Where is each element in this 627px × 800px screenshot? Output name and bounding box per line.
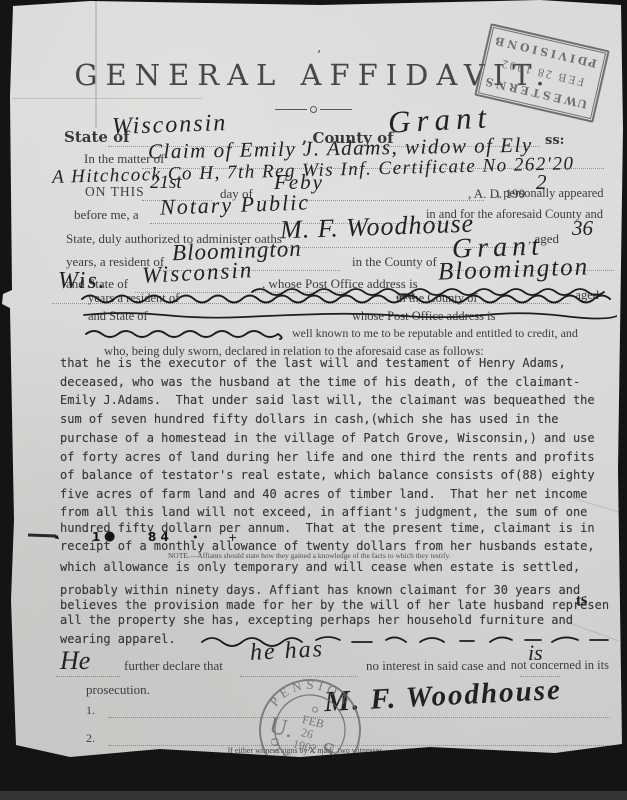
- prosecution-label: prosecution.: [86, 682, 150, 698]
- stamp-u-text: U.: [267, 713, 296, 744]
- po-value-handwritten: Bloomington: [438, 253, 590, 286]
- aged-value-handwritten: 36: [572, 216, 593, 241]
- ink-crease-mark: [28, 534, 56, 538]
- he-handwritten: He: [60, 646, 90, 676]
- well-known-label: well known to me to be reputable and ent…: [292, 326, 578, 341]
- ink-mark: ●: [104, 529, 115, 544]
- not-concerned-label: not concerned in its: [511, 658, 609, 673]
- western-division-stamp: UWESTERNS FEB 28 1902 PDIVISIONB: [474, 23, 610, 123]
- strikeout-line: [82, 308, 617, 320]
- stamp-arc-bottom-text: OFFICE.: [261, 733, 325, 780]
- on-this-label: ON THIS: [85, 184, 145, 200]
- further-declare-label: further declare that: [124, 658, 223, 674]
- blank-line: [56, 675, 120, 677]
- stamp-year: 1902: [292, 737, 319, 756]
- ink-mark: +: [228, 531, 237, 544]
- state-value-handwritten: Wisconsin: [112, 110, 228, 141]
- typed-line: of forty acres of land during her life a…: [60, 450, 595, 464]
- state2-value-handwritten: Wisconsin: [141, 257, 253, 289]
- typed-line: from all this land will not exceed, in a…: [60, 505, 587, 519]
- blank-strikeout-squiggle: [84, 326, 296, 340]
- scan-background: [0, 791, 627, 800]
- ss-label: ss:: [545, 133, 564, 148]
- form-note: NOTE.—Affiants should state how they gai…: [168, 551, 451, 560]
- personally-appeared-label: , personally appeared: [497, 186, 604, 201]
- ink-mark: •: [192, 531, 199, 544]
- typed-line: deceased, who was the husband at the tim…: [60, 375, 580, 389]
- witness-instruction-line2: who can write MUST sign here.: [160, 756, 450, 766]
- affiants-signature-label: Affiant's Signature.: [420, 747, 486, 757]
- ink-mark: 8 4: [148, 530, 169, 544]
- stamp-s-text: S.: [318, 738, 343, 768]
- day-value-handwritten: 21st: [150, 172, 182, 194]
- typed-line: sum of seven hundred fifty dollars in ca…: [60, 412, 559, 426]
- witness-line1-number: 1.: [86, 703, 95, 718]
- title-ornament: [268, 106, 358, 113]
- typed-line: which allowance is only temporary and wi…: [60, 560, 580, 574]
- typed-line: purchase of a homestead in the village o…: [60, 431, 595, 445]
- typed-line: of balance of testator's real estate, wh…: [60, 468, 595, 482]
- county2-label: in the County of: [352, 254, 437, 270]
- typed-line: probably within ninety days. Affiant has…: [60, 583, 580, 597]
- before-me-label: before me, a: [74, 207, 139, 223]
- ink-mark: 1: [92, 530, 100, 544]
- typed-line: that he is the executor of the last will…: [60, 356, 566, 370]
- typed-line: five acres of farm land and 40 acres of …: [60, 487, 587, 501]
- crease: [12, 98, 202, 99]
- typed-line: Emily J.Adams. That under said last will…: [60, 393, 595, 407]
- typed-line: hundred fifty dollarn per annum. That at…: [60, 521, 595, 535]
- he-has-handwritten: he has: [249, 636, 324, 667]
- typed-line: wearing apparel.: [60, 632, 176, 646]
- affiant-name-handwritten: M. F. Woodhouse: [280, 209, 475, 246]
- no-interest-label: no interest in said case and: [366, 658, 506, 674]
- paper-sheet: GENERAL AFFIDAVIT. ’ UWESTERNS FEB 28 19…: [0, 0, 627, 800]
- crease: [95, 0, 97, 128]
- scanned-affidavit-document: GENERAL AFFIDAVIT. ’ UWESTERNS FEB 28 19…: [0, 0, 627, 800]
- typed-line: believes the provision made for her by t…: [60, 598, 609, 612]
- typed-line: all the property she has, excepting perh…: [60, 613, 573, 627]
- witness-line2-number: 2.: [86, 731, 95, 746]
- stamp-center-dot: [312, 707, 318, 713]
- strikeout-squiggle: [80, 290, 617, 306]
